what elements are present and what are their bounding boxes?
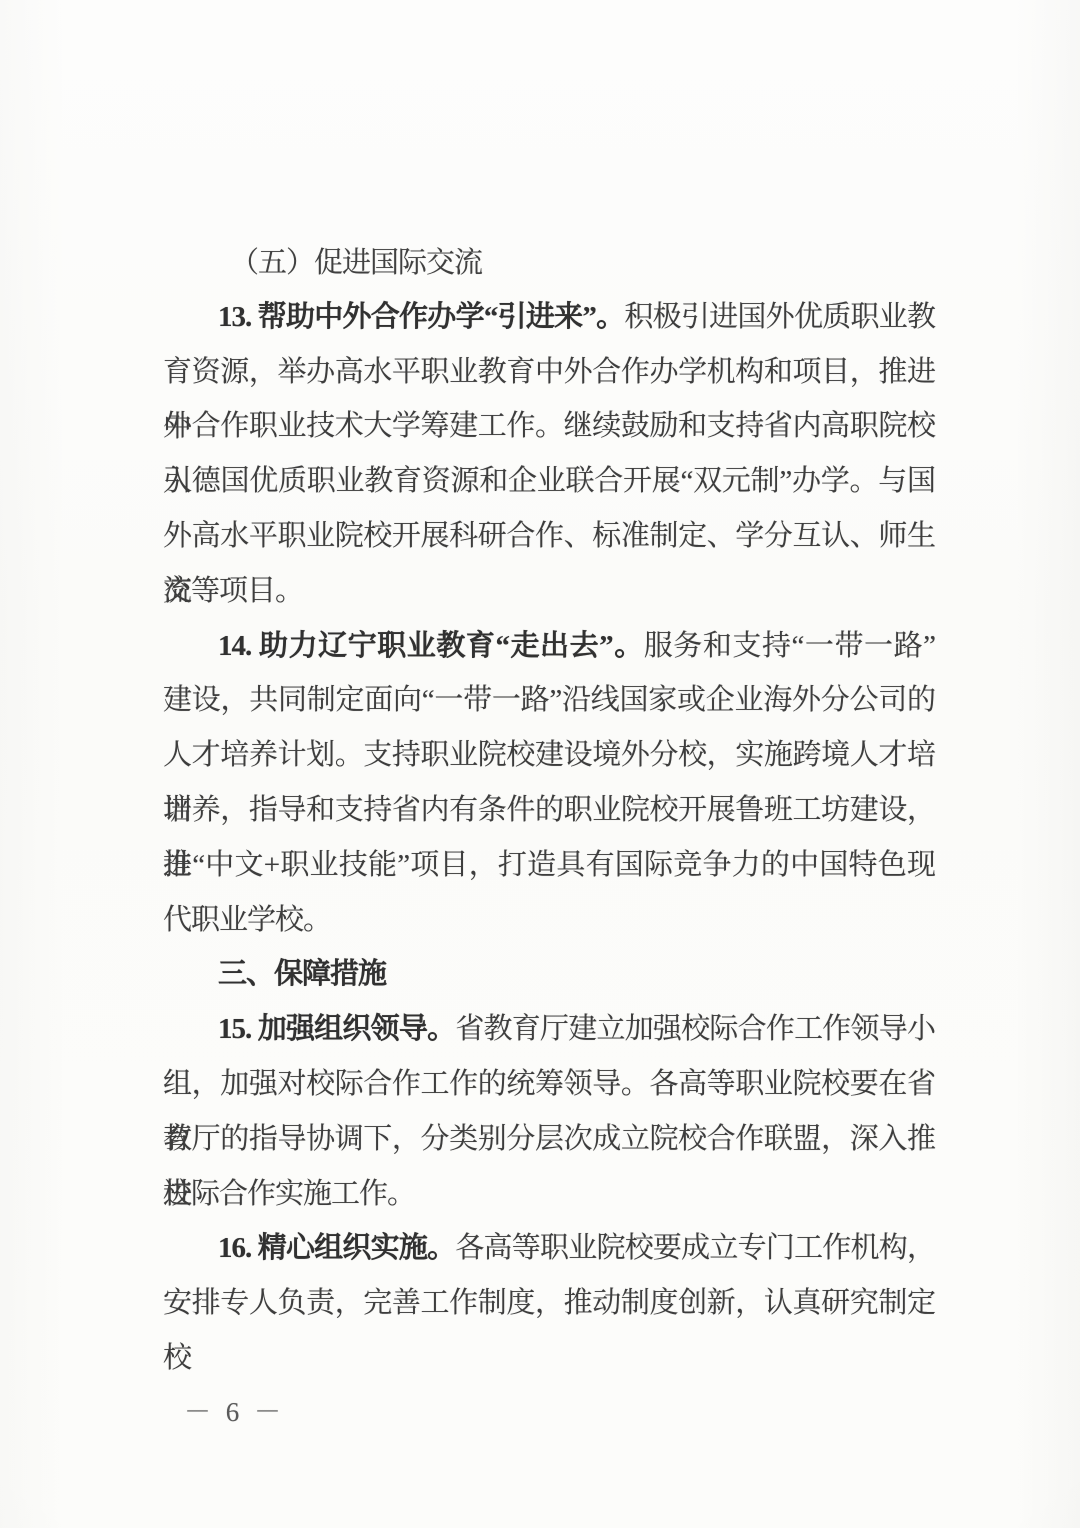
- page-number: － 6 －: [184, 1385, 285, 1440]
- text-line: 流等项目。: [163, 564, 935, 619]
- text-segment: 安排专人负责，完善工作制度，推动制度创新，认真研究制定校: [163, 1287, 935, 1374]
- text-line: 育厅的指导协调下，分类别分层次成立院校合作联盟，深入推进: [163, 1112, 935, 1167]
- text-line: 建设，共同制定面向“一带一路”沿线国家或企业海外分公司的: [163, 673, 935, 728]
- document-page: （五）促进国际交流13. 帮助中外合作办学“引进来”。积极引进国外优质职业教育资…: [0, 0, 1080, 1528]
- text-line: 安排专人负责，完善工作制度，推动制度创新，认真研究制定校: [163, 1276, 935, 1331]
- heading-segment: 13. 帮助中外合作办学“引进来”。: [218, 301, 624, 333]
- text-segment: 积极引进国外优质职业教: [624, 301, 935, 333]
- text-segment: 进“中文+职业技能”项目，打造具有国际竞争力的中国特色现: [163, 849, 935, 881]
- text-line: 代职业学校。: [163, 893, 935, 948]
- text-line: 13. 帮助中外合作办学“引进来”。积极引进国外优质职业教: [218, 290, 935, 345]
- text-line: 14. 助力辽宁职业教育“走出去”。服务和支持“一带一路”: [218, 619, 935, 674]
- text-segment: 服务和支持“一带一路”: [644, 630, 935, 662]
- text-line: 16. 精心组织实施。各高等职业院校要成立专门工作机构，: [218, 1221, 935, 1276]
- text-line: 育资源，举办高水平职业教育中外合作办学机构和项目，推进中: [163, 345, 935, 400]
- text-line: 15. 加强组织领导。省教育厅建立加强校际合作工作领导小: [218, 1002, 935, 1057]
- text-segment: 代职业学校。: [163, 904, 331, 936]
- text-segment: 各高等职业院校要成立专门工作机构，: [455, 1232, 935, 1264]
- text-line: 三、保障措施: [218, 947, 935, 1002]
- text-line: 外高水平职业院校开展科研合作、标准制定、学分互认、师生交: [163, 509, 935, 564]
- text-segment: 入德国优质职业教育资源和企业联合开展“双元制”办学。与国: [163, 465, 935, 497]
- text-line: 培养，指导和支持省内有条件的职业院校开展鲁班工坊建设，推: [163, 783, 935, 838]
- heading-segment: 14. 助力辽宁职业教育“走出去”。: [218, 630, 644, 662]
- heading-segment: 三、保障措施: [218, 958, 386, 990]
- text-line: 校际合作实施工作。: [163, 1167, 935, 1222]
- text-segment: 流等项目。: [163, 575, 303, 607]
- text-segment: 省教育厅建立加强校际合作工作领导小: [455, 1013, 935, 1045]
- heading-segment: 16. 精心组织实施。: [218, 1232, 455, 1264]
- text-line: 入德国优质职业教育资源和企业联合开展“双元制”办学。与国: [163, 454, 935, 509]
- text-segment: 建设，共同制定面向“一带一路”沿线国家或企业海外分公司的: [163, 684, 935, 716]
- text-line: （五）促进国际交流: [230, 235, 935, 290]
- heading-segment: 15. 加强组织领导。: [218, 1013, 455, 1045]
- text-line: 组，加强对校际合作工作的统筹领导。各高等职业院校要在省教: [163, 1057, 935, 1112]
- text-line: 外合作职业技术大学筹建工作。继续鼓励和支持省内高职院校引: [163, 399, 935, 454]
- text-line: 人才培养计划。支持职业院校建设境外分校，实施跨境人才培训: [163, 728, 935, 783]
- text-segment: （五）促进国际交流: [230, 245, 482, 279]
- text-segment: 校际合作实施工作。: [163, 1178, 415, 1210]
- text-line: 进“中文+职业技能”项目，打造具有国际竞争力的中国特色现: [163, 838, 935, 893]
